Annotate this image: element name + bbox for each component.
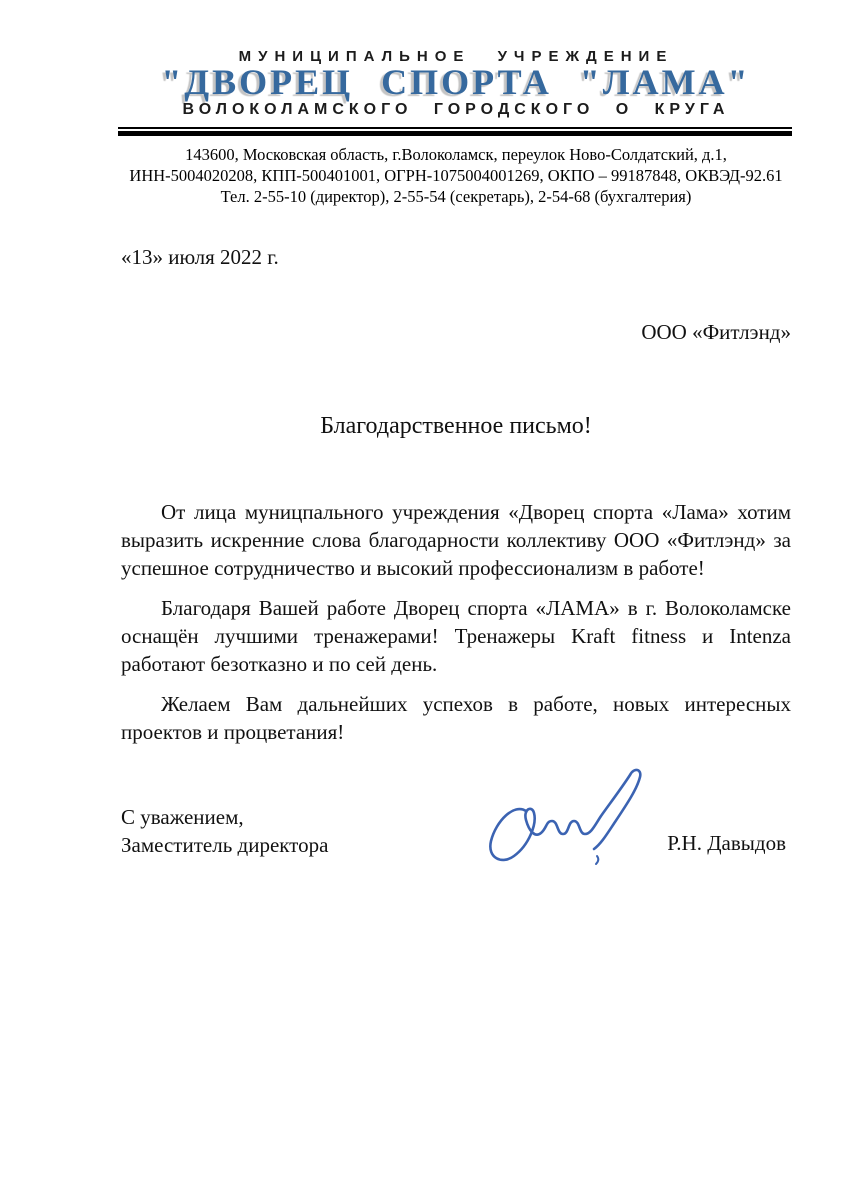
closing-regards: С уважением, [121, 803, 328, 831]
signatory-name: Р.Н. Давыдов [667, 831, 786, 856]
letter-page: МУНИЦИПАЛЬНОЕ УЧРЕЖДЕНИЕ "ДВОРЕЦ СПОРТА … [0, 0, 848, 1200]
header-divider [118, 127, 792, 136]
signature-stroke [490, 770, 640, 860]
address-line-phones: Тел. 2-55-10 (директор), 2-55-54 (секрет… [121, 186, 791, 207]
address-block: 143600, Московская область, г.Волоколамс… [121, 144, 791, 207]
letter-title: Благодарственное письмо! [121, 413, 791, 440]
paragraph-equipment: Благодаря Вашей работе Дворец спорта «ЛА… [121, 594, 791, 678]
letter-date: «13» июля 2022 г. [121, 245, 279, 270]
closing-block: С уважением, Заместитель директора [121, 803, 328, 859]
letter-content: МУНИЦИПАЛЬНОЕ УЧРЕЖДЕНИЕ "ДВОРЕЦ СПОРТА … [121, 0, 791, 1200]
paragraph-wishes: Желаем Вам дальнейших успехов в работе, … [121, 690, 791, 746]
org-district-line: ВОЛОКОЛАМСКОГО ГОРОДСКОГО О КРУГА [121, 101, 791, 119]
address-line-registration: ИНН-5004020208, КПП-500401001, ОГРН-1075… [121, 165, 791, 186]
recipient-name: ООО «Фитлэнд» [641, 320, 791, 345]
signature-tick [596, 856, 598, 864]
org-name: "ДВОРЕЦ СПОРТА "ЛАМА" [121, 61, 791, 103]
paragraph-gratitude: От лица муницпального учреждения «Дворец… [121, 498, 791, 582]
divider-thick-line [118, 131, 792, 136]
handwritten-signature-image [476, 762, 666, 874]
closing-position: Заместитель директора [121, 831, 328, 859]
address-line-street: 143600, Московская область, г.Волоколамс… [121, 144, 791, 165]
